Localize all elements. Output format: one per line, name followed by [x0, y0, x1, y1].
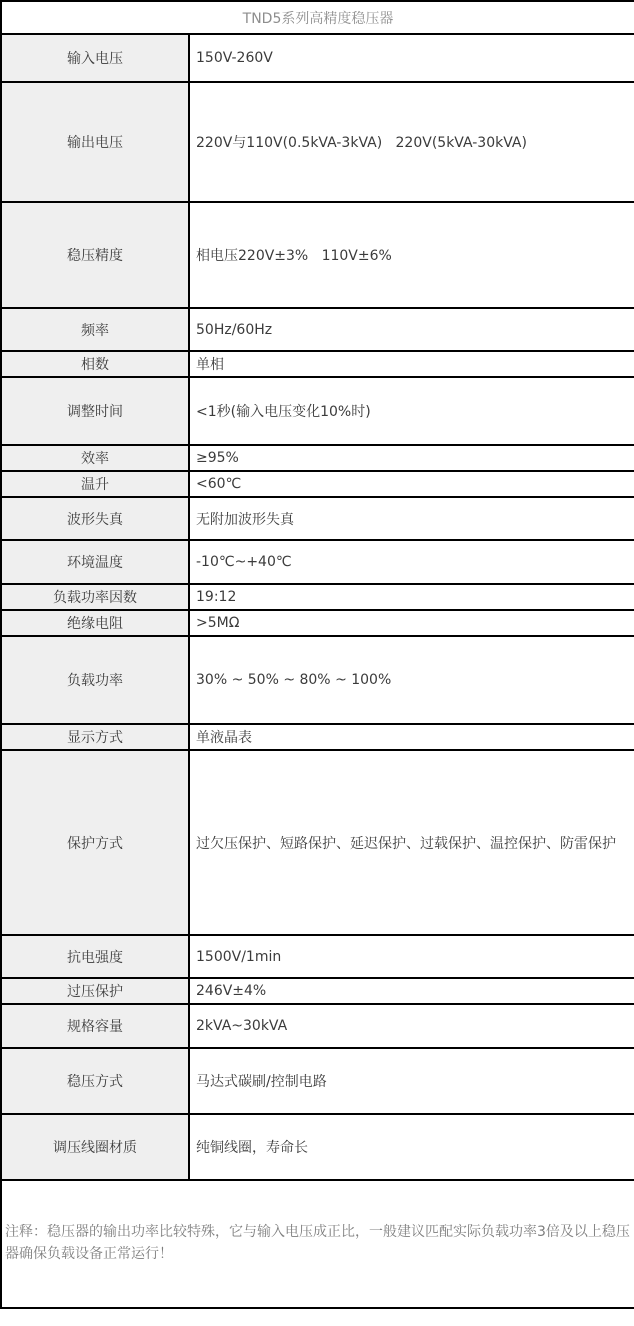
- spec-label: 过压保护: [1, 978, 189, 1004]
- table-title-row: TND5系列高精度稳压器: [1, 1, 634, 34]
- spec-label: 稳压方式: [1, 1048, 189, 1114]
- spec-value: 纯铜线圈，寿命长: [189, 1114, 634, 1180]
- spec-value: 50Hz/60Hz: [189, 308, 634, 351]
- table-row: 输出电压 220V与110V(0.5kVA-3kVA) 220V(5kVA-30…: [1, 82, 634, 202]
- spec-label: 抗电强度: [1, 935, 189, 978]
- table-row: 规格容量 2kVA~30kVA: [1, 1004, 634, 1048]
- spec-value: 马达式碳刷/控制电路: [189, 1048, 634, 1114]
- spec-value: 过欠压保护、短路保护、延迟保护、过载保护、温控保护、防雷保护: [189, 750, 634, 935]
- spec-value: ≥95%: [189, 445, 634, 471]
- table-row: 过压保护 246V±4%: [1, 978, 634, 1004]
- spec-value: 相电压220V±3% 110V±6%: [189, 202, 634, 308]
- table-title: TND5系列高精度稳压器: [1, 1, 634, 34]
- spec-label: 显示方式: [1, 724, 189, 750]
- table-row: 负载功率 30% ~ 50% ~ 80% ~ 100%: [1, 636, 634, 724]
- spec-label: 绝缘电阻: [1, 610, 189, 636]
- table-row: 负载功率因数 19:12: [1, 584, 634, 610]
- table-row: 温升 <60℃: [1, 471, 634, 497]
- spec-label: 相数: [1, 351, 189, 377]
- spec-value: 19:12: [189, 584, 634, 610]
- spec-label: 温升: [1, 471, 189, 497]
- spec-label: 负载功率因数: [1, 584, 189, 610]
- spec-label: 输出电压: [1, 82, 189, 202]
- spec-label: 负载功率: [1, 636, 189, 724]
- spec-value: 无附加波形失真: [189, 497, 634, 540]
- table-row: 输入电压 150V-260V: [1, 34, 634, 82]
- table-row: 显示方式 单液晶表: [1, 724, 634, 750]
- spec-value: -10℃~+40℃: [189, 540, 634, 584]
- table-row: 稳压方式 马达式碳刷/控制电路: [1, 1048, 634, 1114]
- spec-value: 单液晶表: [189, 724, 634, 750]
- table-row: 保护方式 过欠压保护、短路保护、延迟保护、过载保护、温控保护、防雷保护: [1, 750, 634, 935]
- table-row: 抗电强度 1500V/1min: [1, 935, 634, 978]
- spec-value: 2kVA~30kVA: [189, 1004, 634, 1048]
- spec-label: 保护方式: [1, 750, 189, 935]
- spec-value: >5MΩ: [189, 610, 634, 636]
- spec-value: 单相: [189, 351, 634, 377]
- spec-label: 输入电压: [1, 34, 189, 82]
- spec-value: 150V-260V: [189, 34, 634, 82]
- spec-sheet: TND5系列高精度稳压器 输入电压 150V-260V 输出电压 220V与11…: [0, 0, 634, 1309]
- spec-table: TND5系列高精度稳压器 输入电压 150V-260V 输出电压 220V与11…: [0, 0, 634, 1309]
- table-row: 频率 50Hz/60Hz: [1, 308, 634, 351]
- table-row: 调整时间 <1秒(输入电压变化10%时): [1, 377, 634, 445]
- spec-label: 稳压精度: [1, 202, 189, 308]
- spec-label: 频率: [1, 308, 189, 351]
- spec-label: 效率: [1, 445, 189, 471]
- table-row: 调压线圈材质 纯铜线圈，寿命长: [1, 1114, 634, 1180]
- spec-label: 环境温度: [1, 540, 189, 584]
- spec-label: 调压线圈材质: [1, 1114, 189, 1180]
- spec-label: 波形失真: [1, 497, 189, 540]
- spec-label: 调整时间: [1, 377, 189, 445]
- spec-value: 220V与110V(0.5kVA-3kVA) 220V(5kVA-30kVA): [189, 82, 634, 202]
- table-row: 稳压精度 相电压220V±3% 110V±6%: [1, 202, 634, 308]
- spec-value: 1500V/1min: [189, 935, 634, 978]
- note-row: 注释：稳压器的输出功率比较特殊，它与输入电压成正比，一般建议匹配实际负载功率3倍…: [1, 1180, 634, 1308]
- table-row: 效率 ≥95%: [1, 445, 634, 471]
- table-row: 波形失真 无附加波形失真: [1, 497, 634, 540]
- note-text: 注释：稳压器的输出功率比较特殊，它与输入电压成正比，一般建议匹配实际负载功率3倍…: [1, 1180, 634, 1308]
- spec-value: 246V±4%: [189, 978, 634, 1004]
- spec-value: 30% ~ 50% ~ 80% ~ 100%: [189, 636, 634, 724]
- table-row: 绝缘电阻 >5MΩ: [1, 610, 634, 636]
- spec-label: 规格容量: [1, 1004, 189, 1048]
- spec-value: <1秒(输入电压变化10%时): [189, 377, 634, 445]
- table-row: 环境温度 -10℃~+40℃: [1, 540, 634, 584]
- spec-value: <60℃: [189, 471, 634, 497]
- table-row: 相数 单相: [1, 351, 634, 377]
